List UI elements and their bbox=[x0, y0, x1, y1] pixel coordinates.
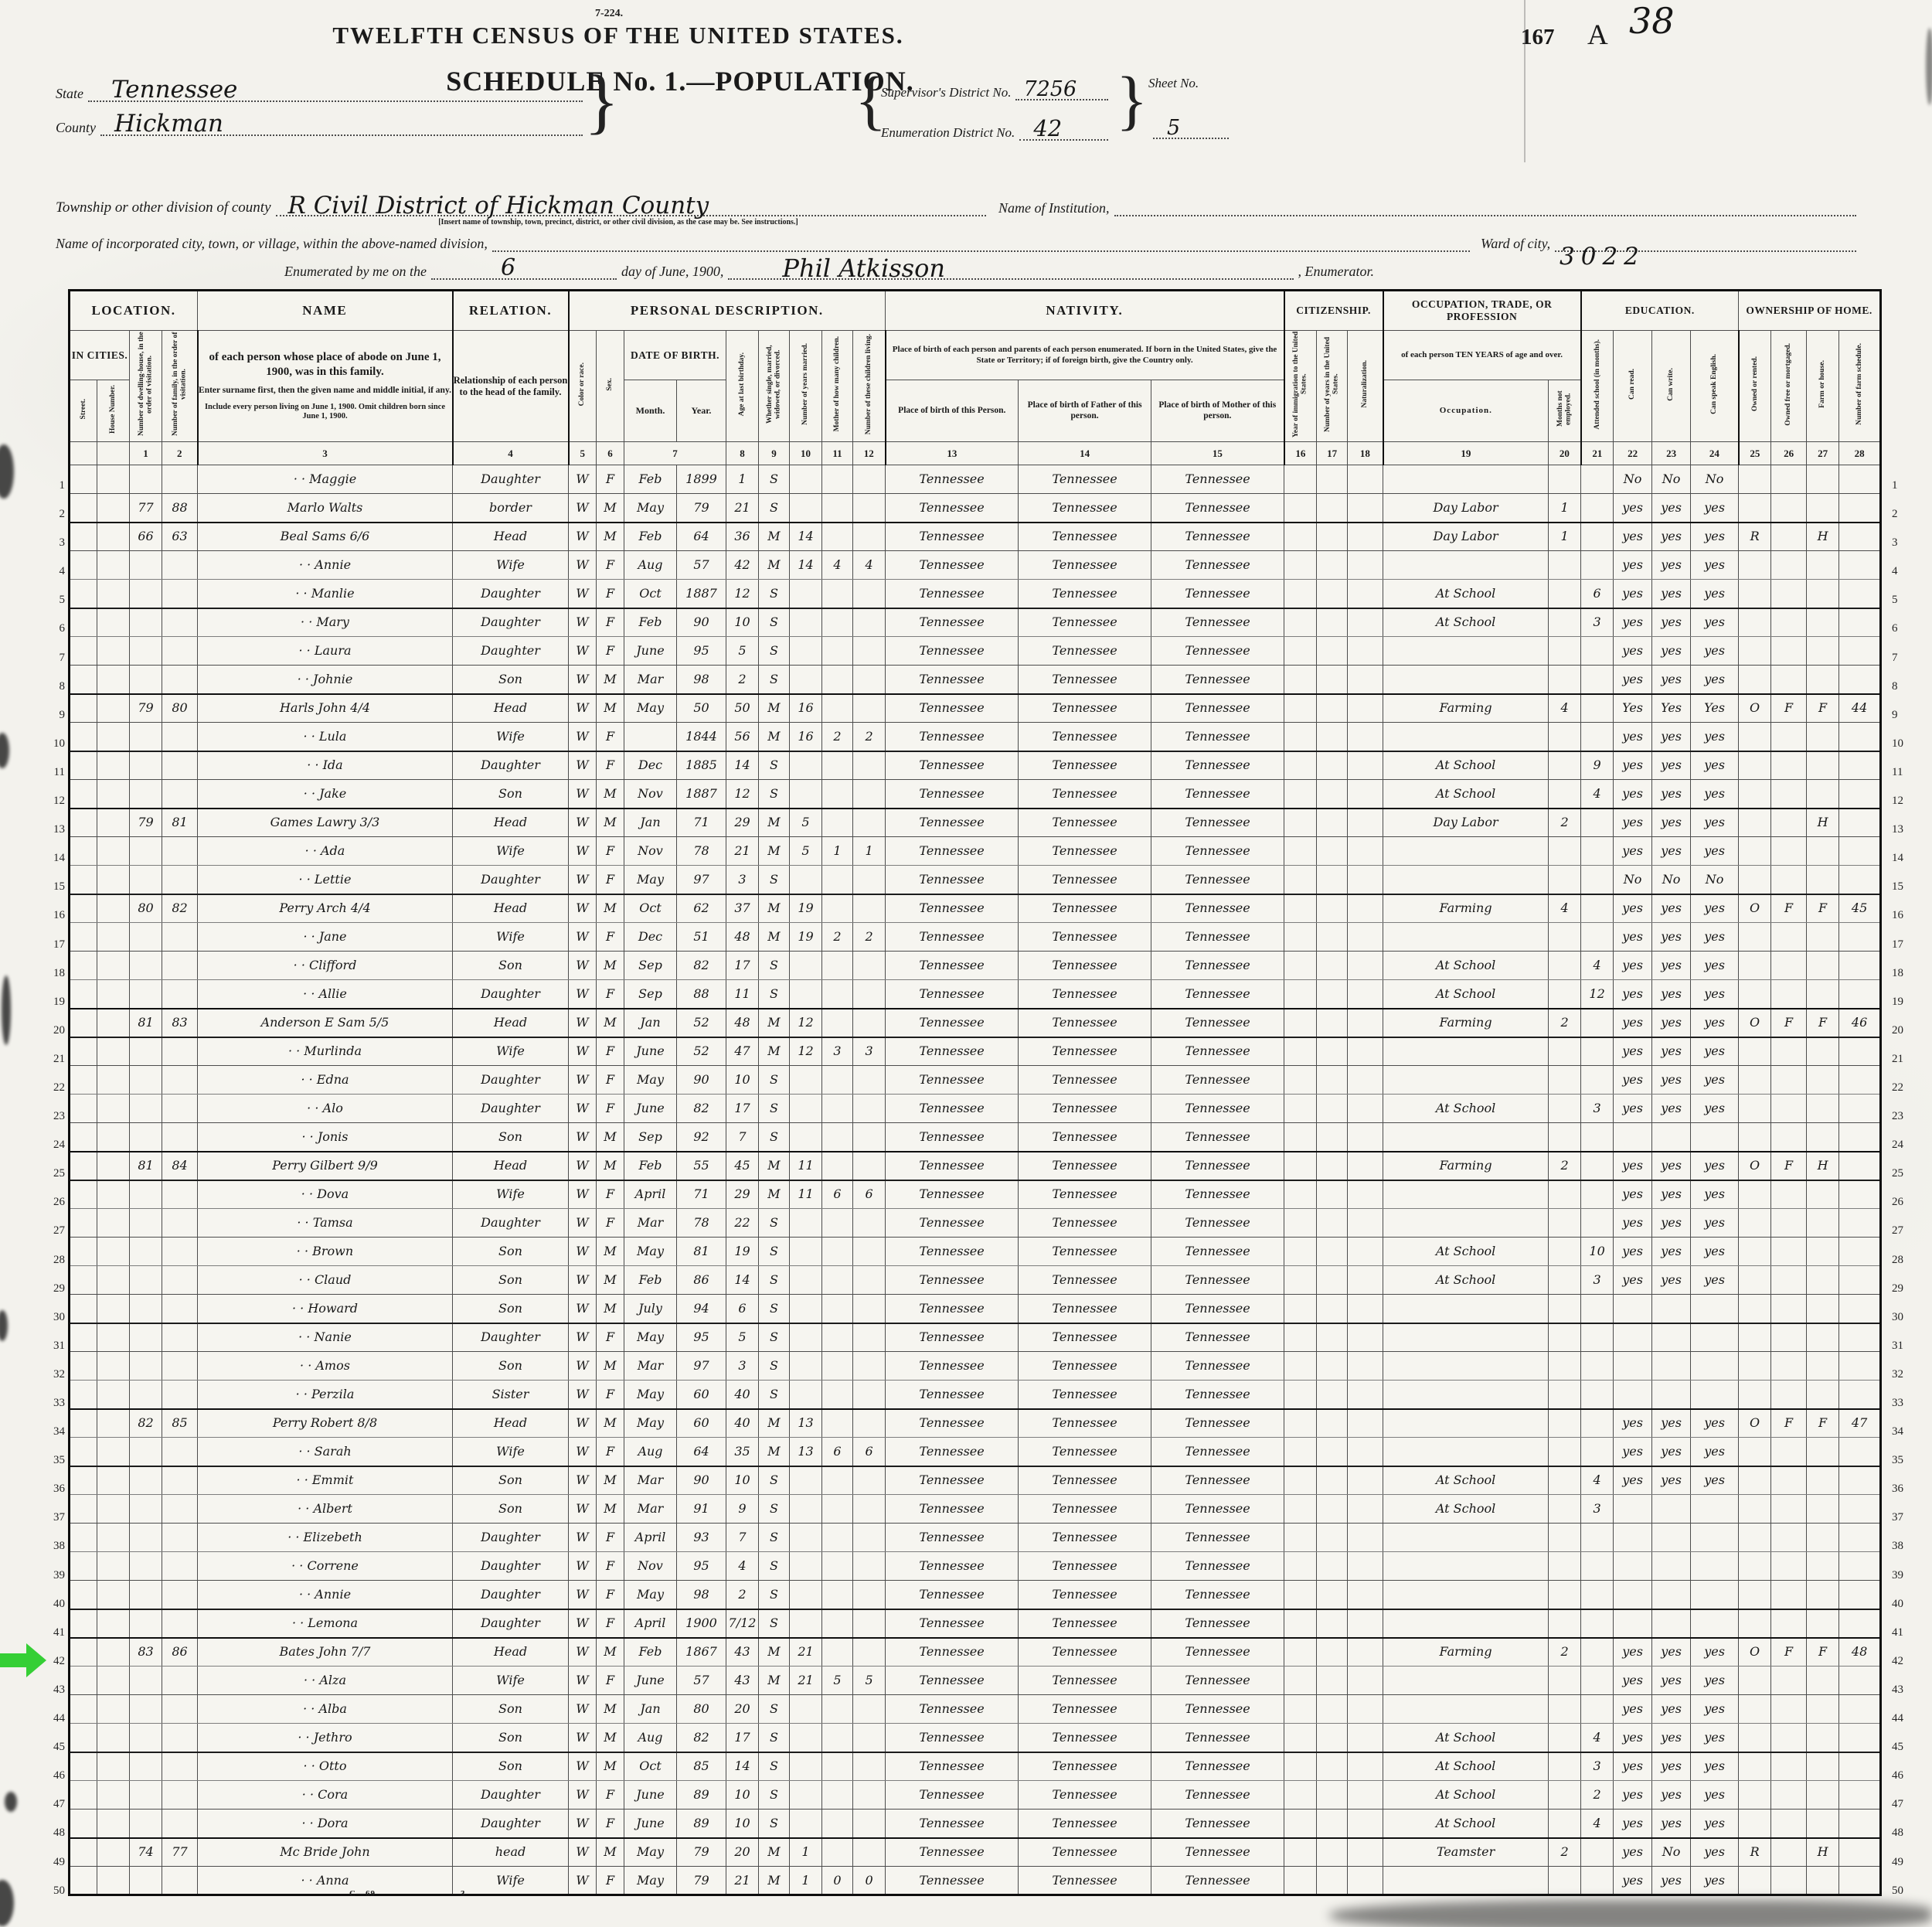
handwritten-entry: Daughter bbox=[481, 1615, 540, 1630]
cell-owned_rented: O bbox=[1739, 1409, 1771, 1438]
cell-naturalization bbox=[1348, 1581, 1383, 1609]
handwritten-entry: yes bbox=[1622, 1730, 1643, 1745]
cell-house bbox=[97, 1695, 130, 1724]
row-number: 32 bbox=[40, 1360, 65, 1389]
cell-months_not_employed bbox=[1549, 580, 1581, 608]
handwritten-entry: W bbox=[576, 643, 588, 658]
handwritten-entry: Tennessee bbox=[919, 586, 984, 601]
cell-month: Feb bbox=[624, 608, 677, 637]
cell-pob: Tennessee bbox=[886, 751, 1019, 780]
cell-sex: F bbox=[597, 837, 624, 866]
handwritten-entry: Tennessee bbox=[1052, 615, 1117, 629]
handwritten-entry: yes bbox=[1622, 672, 1643, 686]
cell-can_read: yes bbox=[1614, 608, 1652, 637]
cell-month: May bbox=[624, 1381, 677, 1409]
enumerated-post-label: , Enumerator. bbox=[1298, 264, 1375, 280]
cell-farm_schedule bbox=[1839, 1352, 1881, 1381]
header-can-speak: Can speak English. bbox=[1691, 331, 1739, 442]
handwritten-entry: Daughter bbox=[481, 586, 540, 601]
cell-farm_schedule bbox=[1839, 1209, 1881, 1238]
cell-family bbox=[162, 1209, 198, 1238]
handwritten-entry: F bbox=[606, 1072, 614, 1087]
cell-street bbox=[70, 1838, 97, 1867]
cell-age: 36 bbox=[726, 523, 759, 551]
handwritten-entry: Tennessee bbox=[919, 958, 984, 972]
cell-naturalization bbox=[1348, 1867, 1383, 1895]
cell-school_months bbox=[1581, 1009, 1614, 1037]
cell-pob_mother: Tennessee bbox=[1151, 523, 1284, 551]
cell-occupation bbox=[1383, 723, 1549, 751]
cell-dwelling bbox=[130, 780, 162, 809]
handwritten-entry: Wife bbox=[496, 1187, 525, 1201]
row-number: 28 bbox=[1892, 1246, 1917, 1275]
cell-years_us bbox=[1317, 1724, 1348, 1752]
handwritten-entry: 79 bbox=[138, 815, 153, 829]
cell-pob_father: Tennessee bbox=[1019, 1438, 1151, 1466]
cell-years_us bbox=[1317, 1295, 1348, 1323]
handwritten-entry: Tennessee bbox=[919, 700, 984, 715]
handwritten-entry: Tennessee bbox=[1185, 1444, 1250, 1459]
cell-marital: M bbox=[759, 694, 790, 723]
cell-can_write: yes bbox=[1652, 780, 1691, 809]
handwritten-entry: yes bbox=[1622, 1272, 1643, 1287]
cell-years_married: 5 bbox=[790, 809, 822, 837]
handwritten-entry: W bbox=[576, 1472, 588, 1487]
cell-family bbox=[162, 1781, 198, 1810]
cell-school_months bbox=[1581, 1524, 1614, 1552]
header-relation: RELATION. bbox=[453, 291, 569, 331]
cell-farm_schedule bbox=[1839, 1323, 1881, 1352]
cell-pob_mother: Tennessee bbox=[1151, 1695, 1284, 1724]
cell-name: · · Clifford bbox=[198, 952, 453, 980]
cell-house bbox=[97, 1095, 130, 1123]
cell-pob_mother: Tennessee bbox=[1151, 1752, 1284, 1781]
handwritten-entry: 80 bbox=[138, 901, 153, 915]
cell-year: 60 bbox=[677, 1381, 726, 1409]
cell-age: 47 bbox=[726, 1037, 759, 1066]
cell-can_speak: yes bbox=[1691, 1066, 1739, 1095]
cell-school_months: 3 bbox=[1581, 1752, 1614, 1781]
cell-years_married bbox=[790, 1724, 822, 1752]
cell-months_not_employed bbox=[1549, 952, 1581, 980]
cell-month: Sep bbox=[624, 1123, 677, 1152]
cell-dwelling bbox=[130, 551, 162, 580]
handwritten-entry: Farming bbox=[1440, 1015, 1492, 1030]
cell-owned_rented: O bbox=[1739, 894, 1771, 923]
cell-family bbox=[162, 1724, 198, 1752]
cell-years_married bbox=[790, 780, 822, 809]
cell-pob: Tennessee bbox=[886, 1266, 1019, 1295]
cell-marital: S bbox=[759, 637, 790, 666]
handwritten-entry: W bbox=[576, 1158, 588, 1173]
cell-month: Oct bbox=[624, 580, 677, 608]
handwritten-entry: Tennessee bbox=[919, 729, 984, 744]
table-row: · · NanieDaughterWFMay955STennesseeTenne… bbox=[70, 1323, 1881, 1352]
handwritten-entry: 48 bbox=[734, 1015, 750, 1030]
cell-street bbox=[70, 1638, 97, 1667]
cell-can_speak bbox=[1691, 1352, 1739, 1381]
row-number: 16 bbox=[1892, 901, 1917, 930]
cell-name: · · Dova bbox=[198, 1180, 453, 1209]
cell-family bbox=[162, 1123, 198, 1152]
cell-sex: M bbox=[597, 666, 624, 694]
handwritten-entry: Feb bbox=[639, 1272, 662, 1287]
handwritten-entry: W bbox=[576, 1329, 588, 1344]
cell-pob_mother: Tennessee bbox=[1151, 1180, 1284, 1209]
handwritten-entry: Feb bbox=[639, 529, 662, 543]
cell-farm_house bbox=[1807, 1695, 1839, 1724]
cell-school_months bbox=[1581, 637, 1614, 666]
cell-can_speak: yes bbox=[1691, 1781, 1739, 1810]
cell-farm_schedule bbox=[1839, 1066, 1881, 1095]
handwritten-entry: yes bbox=[1622, 1187, 1643, 1201]
cell-can_speak: yes bbox=[1691, 1752, 1739, 1781]
handwritten-entry: yes bbox=[1622, 1701, 1643, 1716]
cell-street bbox=[70, 1695, 97, 1724]
cell-pob_father: Tennessee bbox=[1019, 1810, 1151, 1838]
cell-can_read: yes bbox=[1614, 1066, 1652, 1095]
handwritten-entry: Tennessee bbox=[1185, 1215, 1250, 1230]
handwritten-entry: M bbox=[604, 1730, 616, 1745]
cell-pob_mother: Tennessee bbox=[1151, 1095, 1284, 1123]
cell-children_living bbox=[853, 580, 886, 608]
cell-school_months bbox=[1581, 837, 1614, 866]
cell-can_write: yes bbox=[1652, 923, 1691, 952]
cell-can_speak: yes bbox=[1691, 1810, 1739, 1838]
cell-family bbox=[162, 1066, 198, 1095]
cell-farm_schedule bbox=[1839, 1095, 1881, 1123]
cell-farm_house bbox=[1807, 1781, 1839, 1810]
cell-farm_house bbox=[1807, 494, 1839, 523]
handwritten-entry: 43 bbox=[734, 1673, 750, 1687]
cell-occupation: Farming bbox=[1383, 694, 1549, 723]
handwritten-entry: yes bbox=[1704, 1816, 1725, 1830]
cell-pob_father: Tennessee bbox=[1019, 1838, 1151, 1867]
handwritten-entry: At School bbox=[1436, 1816, 1495, 1830]
handwritten-entry: M bbox=[767, 729, 780, 744]
cell-months_not_employed bbox=[1549, 1209, 1581, 1238]
colnum: 20 bbox=[1549, 442, 1581, 465]
cell-pob_father: Tennessee bbox=[1019, 751, 1151, 780]
cell-can_write: No bbox=[1652, 465, 1691, 494]
cell-house bbox=[97, 1438, 130, 1466]
cell-mother_of bbox=[822, 1466, 853, 1495]
cell-month: Aug bbox=[624, 551, 677, 580]
cell-color: W bbox=[569, 1524, 597, 1552]
handwritten-entry: F bbox=[606, 1558, 614, 1573]
cell-name: · · Cora bbox=[198, 1781, 453, 1810]
cell-month: Nov bbox=[624, 780, 677, 809]
handwritten-entry: O bbox=[1750, 1415, 1760, 1430]
handwritten-entry: M bbox=[604, 815, 616, 829]
cell-month: Aug bbox=[624, 1438, 677, 1466]
handwritten-entry: 35 bbox=[734, 1444, 750, 1459]
cell-free_mortgaged bbox=[1771, 1838, 1807, 1867]
cell-marital: S bbox=[759, 1810, 790, 1838]
row-number: 5 bbox=[40, 586, 65, 615]
header-relation-sub: Relationship of each person to the head … bbox=[453, 331, 569, 442]
handwritten-entry: Tennessee bbox=[919, 843, 984, 858]
header-name-instructions: of each person whose place of abode on J… bbox=[198, 331, 453, 442]
handwritten-entry: Tennessee bbox=[919, 615, 984, 629]
cell-farm_house bbox=[1807, 666, 1839, 694]
cell-can_read: yes bbox=[1614, 1095, 1652, 1123]
cell-month: April bbox=[624, 1609, 677, 1638]
cell-naturalization bbox=[1348, 1638, 1383, 1667]
handwritten-entry: April bbox=[635, 1615, 666, 1630]
handwritten-entry: 83 bbox=[172, 1015, 187, 1030]
handwritten-entry: Mc Bride John bbox=[280, 1844, 369, 1859]
cell-can_read bbox=[1614, 1581, 1652, 1609]
handwritten-entry: W bbox=[576, 472, 588, 486]
handwritten-entry: 57 bbox=[693, 1673, 709, 1687]
handwritten-entry: Wife bbox=[496, 1044, 525, 1058]
handwritten-entry: Tennessee bbox=[1052, 1873, 1117, 1888]
cell-can_write: yes bbox=[1652, 837, 1691, 866]
handwritten-entry: S bbox=[770, 758, 778, 772]
handwritten-entry: Daughter bbox=[481, 1816, 540, 1830]
cell-years_married bbox=[790, 1752, 822, 1781]
cell-school_months: 12 bbox=[1581, 980, 1614, 1009]
cell-naturalization bbox=[1348, 1095, 1383, 1123]
cell-pob_father: Tennessee bbox=[1019, 1123, 1151, 1152]
cell-marital: S bbox=[759, 1752, 790, 1781]
cell-immig_year bbox=[1284, 1781, 1317, 1810]
cell-naturalization bbox=[1348, 952, 1383, 980]
cell-years_us bbox=[1317, 1810, 1348, 1838]
cell-marital: M bbox=[759, 923, 790, 952]
cell-street bbox=[70, 837, 97, 866]
cell-free_mortgaged bbox=[1771, 1524, 1807, 1552]
table-row: · · LulaWifeWF184456M1622TennesseeTennes… bbox=[70, 723, 1881, 751]
handwritten-entry: 1900 bbox=[685, 1615, 717, 1630]
cell-occupation bbox=[1383, 1037, 1549, 1066]
cell-owned_rented: R bbox=[1739, 1838, 1771, 1867]
cell-dwelling bbox=[130, 923, 162, 952]
cell-can_speak: yes bbox=[1691, 666, 1739, 694]
cell-pob: Tennessee bbox=[886, 1724, 1019, 1752]
handwritten-entry: Tennessee bbox=[1052, 1787, 1117, 1802]
cell-month: May bbox=[624, 1409, 677, 1438]
row-number: 28 bbox=[40, 1246, 65, 1275]
cell-can_speak: yes bbox=[1691, 809, 1739, 837]
cell-years_us bbox=[1317, 952, 1348, 980]
cell-dwelling: 74 bbox=[130, 1838, 162, 1867]
name-sub: of each person whose place of abode on J… bbox=[199, 350, 452, 380]
cell-house bbox=[97, 837, 130, 866]
cell-pob_father: Tennessee bbox=[1019, 1066, 1151, 1095]
handwritten-entry: yes bbox=[1622, 758, 1643, 772]
cell-immig_year bbox=[1284, 1552, 1317, 1581]
cell-can_speak: yes bbox=[1691, 523, 1739, 551]
cell-years_us bbox=[1317, 923, 1348, 952]
handwritten-entry: 84 bbox=[172, 1158, 187, 1173]
handwritten-entry: 21 bbox=[734, 500, 750, 515]
handwritten-entry: F bbox=[606, 1615, 614, 1630]
cell-farm_house bbox=[1807, 1752, 1839, 1781]
handwritten-entry: F bbox=[606, 986, 614, 1001]
cell-pob_father: Tennessee bbox=[1019, 1009, 1151, 1037]
cell-immig_year bbox=[1284, 637, 1317, 666]
handwritten-entry: 60 bbox=[693, 1387, 709, 1401]
cell-age: 4 bbox=[726, 1552, 759, 1581]
cell-pob_father: Tennessee bbox=[1019, 952, 1151, 980]
cell-months_not_employed bbox=[1549, 551, 1581, 580]
table-row: · · AlbertSonWMMar919STennesseeTennessee… bbox=[70, 1495, 1881, 1524]
cell-farm_schedule: 44 bbox=[1839, 694, 1881, 723]
cell-family bbox=[162, 1352, 198, 1381]
cell-free_mortgaged bbox=[1771, 980, 1807, 1009]
handwritten-entry: F bbox=[1818, 1415, 1827, 1430]
cell-pob_mother: Tennessee bbox=[1151, 1295, 1284, 1323]
cell-mother_of bbox=[822, 465, 853, 494]
cell-months_not_employed: 1 bbox=[1549, 523, 1581, 551]
cell-age: 10 bbox=[726, 1466, 759, 1495]
handwritten-entry: Perry Gilbert 9/9 bbox=[272, 1158, 378, 1173]
cell-immig_year bbox=[1284, 1724, 1317, 1752]
cell-dwelling bbox=[130, 1466, 162, 1495]
cell-naturalization bbox=[1348, 1752, 1383, 1781]
cell-dwelling bbox=[130, 1667, 162, 1695]
handwritten-entry: Tennessee bbox=[1052, 986, 1117, 1001]
cell-naturalization bbox=[1348, 1552, 1383, 1581]
cell-years_married bbox=[790, 1781, 822, 1810]
header-owned-rented: Owned or rented. bbox=[1739, 331, 1771, 442]
cell-street bbox=[70, 694, 97, 723]
cell-farm_house bbox=[1807, 923, 1839, 952]
handwritten-entry: yes bbox=[1704, 1787, 1725, 1802]
cell-name: · · Jonis bbox=[198, 1123, 453, 1152]
handwritten-entry: yes bbox=[1622, 643, 1643, 658]
cell-age: 1 bbox=[726, 465, 759, 494]
handwritten-entry: No bbox=[1662, 472, 1681, 486]
handwritten-entry: Tennessee bbox=[919, 557, 984, 572]
cell-month: Oct bbox=[624, 1752, 677, 1781]
cell-sex: F bbox=[597, 923, 624, 952]
handwritten-entry: Tennessee bbox=[1052, 1301, 1117, 1316]
handwritten-entry: 92 bbox=[693, 1129, 709, 1144]
handwritten-entry: Tennessee bbox=[1052, 872, 1117, 887]
cell-can_speak: yes bbox=[1691, 1409, 1739, 1438]
cell-dwelling bbox=[130, 1266, 162, 1295]
handwritten-entry: Daughter bbox=[481, 872, 540, 887]
cell-name: · · Mary bbox=[198, 608, 453, 637]
handwritten-entry: W bbox=[576, 1787, 588, 1802]
handwritten-entry: yes bbox=[1704, 1215, 1725, 1230]
cell-school_months bbox=[1581, 723, 1614, 751]
handwritten-entry: W bbox=[576, 1615, 588, 1630]
handwritten-entry: W bbox=[576, 586, 588, 601]
handwritten-entry: Tennessee bbox=[1052, 1730, 1117, 1745]
cell-relation: Son bbox=[453, 1295, 569, 1323]
handwritten-entry: S bbox=[770, 1730, 778, 1745]
cell-house bbox=[97, 1524, 130, 1552]
handwritten-entry: Tennessee bbox=[1052, 1387, 1117, 1401]
county-label: County bbox=[56, 120, 96, 136]
cell-name: · · Lemona bbox=[198, 1609, 453, 1638]
cell-months_not_employed: 2 bbox=[1549, 809, 1581, 837]
cell-years_married bbox=[790, 666, 822, 694]
cell-can_write: yes bbox=[1652, 809, 1691, 837]
cell-color: W bbox=[569, 1209, 597, 1238]
cell-pob_mother: Tennessee bbox=[1151, 1552, 1284, 1581]
handwritten-entry: 4 bbox=[1593, 1472, 1600, 1487]
handwritten-entry: S bbox=[770, 872, 778, 887]
cell-house bbox=[97, 608, 130, 637]
cell-free_mortgaged bbox=[1771, 723, 1807, 751]
handwritten-entry: 4 bbox=[865, 557, 872, 572]
cell-house bbox=[97, 1266, 130, 1295]
cell-immig_year bbox=[1284, 608, 1317, 637]
cell-color: W bbox=[569, 1409, 597, 1438]
cell-dwelling bbox=[130, 1695, 162, 1724]
cell-years_married bbox=[790, 1466, 822, 1495]
cell-owned_rented bbox=[1739, 1095, 1771, 1123]
handwritten-entry: Tennessee bbox=[1185, 1615, 1250, 1630]
cell-school_months: 10 bbox=[1581, 1238, 1614, 1266]
cell-can_write bbox=[1652, 1552, 1691, 1581]
cell-years_us bbox=[1317, 780, 1348, 809]
cell-owned_rented: O bbox=[1739, 1152, 1771, 1180]
scan-artifact bbox=[0, 733, 9, 768]
cell-months_not_employed: 2 bbox=[1549, 1009, 1581, 1037]
cell-year: 1887 bbox=[677, 580, 726, 608]
handwritten-entry: Farming bbox=[1440, 1158, 1492, 1173]
cell-pob: Tennessee bbox=[886, 723, 1019, 751]
cell-can_speak bbox=[1691, 1495, 1739, 1524]
cell-years_us bbox=[1317, 723, 1348, 751]
cell-children_living bbox=[853, 1152, 886, 1180]
cell-family: 81 bbox=[162, 809, 198, 837]
cell-occupation bbox=[1383, 1552, 1549, 1581]
handwritten-entry: M bbox=[604, 901, 616, 915]
cell-months_not_employed bbox=[1549, 1466, 1581, 1495]
cell-mother_of bbox=[822, 1123, 853, 1152]
cell-years_married: 16 bbox=[790, 694, 822, 723]
row-number: 5 bbox=[1892, 586, 1917, 615]
cell-pob_father: Tennessee bbox=[1019, 1695, 1151, 1724]
cell-occupation: At School bbox=[1383, 1810, 1549, 1838]
cell-can_write: yes bbox=[1652, 608, 1691, 637]
cell-children_living bbox=[853, 1009, 886, 1037]
supervisor-line: Supervisor's District No. 7256 bbox=[881, 74, 1113, 100]
cell-month: Mar bbox=[624, 1352, 677, 1381]
header-street: Street. bbox=[70, 380, 97, 442]
cell-street bbox=[70, 952, 97, 980]
row-number: 49 bbox=[1892, 1848, 1917, 1877]
handwritten-entry: 6 bbox=[865, 1444, 872, 1459]
cell-can_speak bbox=[1691, 1524, 1739, 1552]
colnum: 21 bbox=[1581, 442, 1614, 465]
cell-marital: M bbox=[759, 1838, 790, 1867]
handwritten-entry: M bbox=[604, 529, 616, 543]
handwritten-entry: W bbox=[576, 1301, 588, 1316]
handwritten-entry: 3 bbox=[1593, 1272, 1600, 1287]
cell-pob_mother: Tennessee bbox=[1151, 1724, 1284, 1752]
cell-can_speak: yes bbox=[1691, 1466, 1739, 1495]
cell-school_months bbox=[1581, 1409, 1614, 1438]
handwritten-entry: yes bbox=[1704, 1187, 1725, 1201]
cell-immig_year bbox=[1284, 1180, 1317, 1209]
cell-pob: Tennessee bbox=[886, 1552, 1019, 1581]
handwritten-entry: Son bbox=[498, 1501, 522, 1516]
row-number: 33 bbox=[40, 1389, 65, 1418]
cell-age: 5 bbox=[726, 637, 759, 666]
cell-pob_mother: Tennessee bbox=[1151, 694, 1284, 723]
cell-can_read: yes bbox=[1614, 952, 1652, 980]
cell-farm_house: H bbox=[1807, 809, 1839, 837]
cell-house bbox=[97, 809, 130, 837]
